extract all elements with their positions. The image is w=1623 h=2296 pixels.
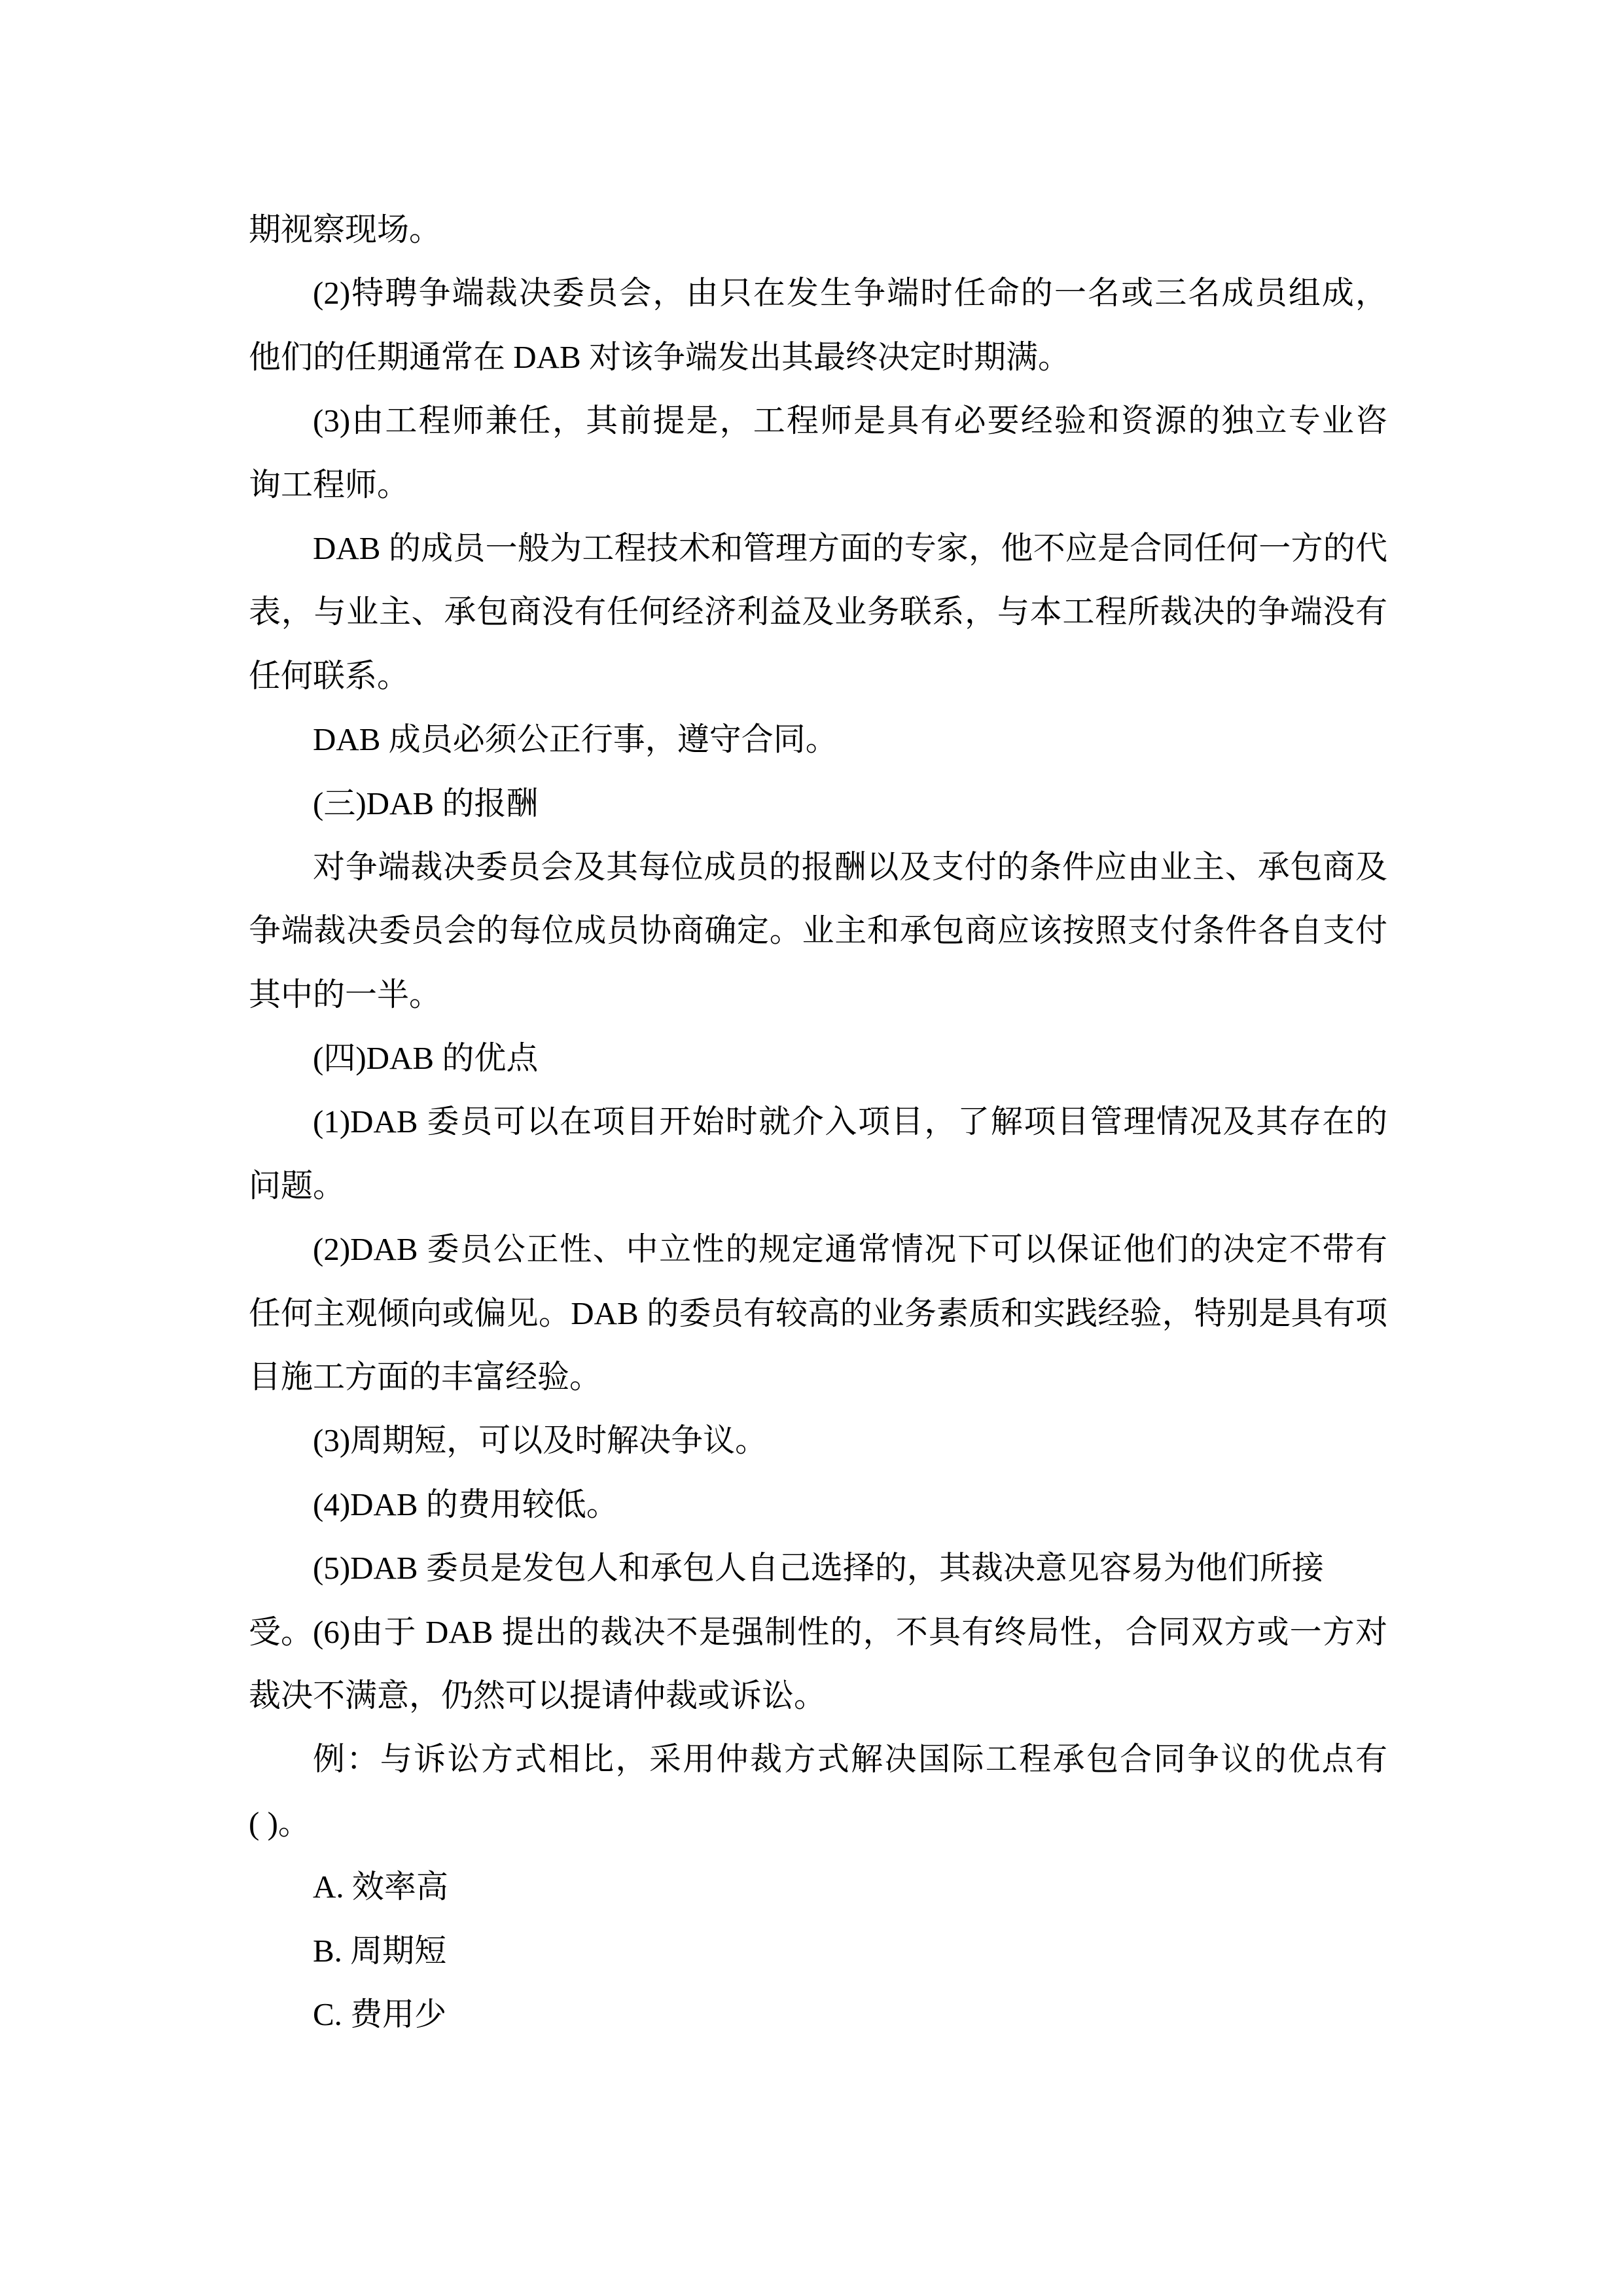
text-line: 询工程师。: [249, 453, 1387, 516]
text-line: 例：与诉讼方式相比，采用仲裁方式解决国际工程承包合同争议的优点有: [249, 1727, 1387, 1791]
text-line: (2)特聘争端裁决委员会，由只在发生争端时任命的一名或三名成员组成，: [249, 261, 1387, 325]
text-line: ( )。: [249, 1791, 1387, 1855]
text-line: 裁决不满意，仍然可以提请仲裁或诉讼。: [249, 1664, 1387, 1727]
text-line: (四)DAB 的优点: [249, 1026, 1387, 1090]
text-body: 期视察现场。(2)特聘争端裁决委员会，由只在发生争端时任命的一名或三名成员组成，…: [249, 198, 1387, 2046]
text-line: 对争端裁决委员会及其每位成员的报酬以及支付的条件应由业主、承包商及: [249, 835, 1387, 899]
text-line: (3)由工程师兼任，其前提是，工程师是具有必要经验和资源的独立专业咨: [249, 389, 1387, 452]
text-line: (3)周期短，可以及时解决争议。: [249, 1408, 1387, 1472]
text-line: (三)DAB 的报酬: [249, 772, 1387, 835]
text-line: 问题。: [249, 1154, 1387, 1217]
text-line: (6)由于 DAB 提出的裁决不是强制性的，不具有终局性，合同双方或一方对: [249, 1600, 1387, 1664]
text-line: 任何主观倾向或偏见。DAB 的委员有较高的业务素质和实践经验，特别是具有项: [249, 1282, 1387, 1345]
text-line: 目施工方面的丰富经验。: [249, 1345, 1387, 1408]
text-line: 表，与业主、承包商没有任何经济利益及业务联系，与本工程所裁决的争端没有: [249, 580, 1387, 643]
text-line: (4)DAB 的费用较低。: [249, 1473, 1387, 1536]
text-line: (5)DAB 委员是发包人和承包人自己选择的，其裁决意见容易为他们所接受。: [249, 1536, 1387, 1600]
text-line: 争端裁决委员会的每位成员协商确定。业主和承包商应该按照支付条件各自支付: [249, 899, 1387, 962]
document-page: 期视察现场。(2)特聘争端裁决委员会，由只在发生争端时任命的一名或三名成员组成，…: [0, 0, 1623, 2296]
text-line: 期视察现场。: [249, 198, 1387, 261]
text-line: DAB 成员必须公正行事，遵守合同。: [249, 708, 1387, 771]
text-line: A. 效率高: [249, 1855, 1387, 1918]
text-line: 他们的任期通常在 DAB 对该争端发出其最终决定时期满。: [249, 325, 1387, 389]
text-line: B. 周期短: [249, 1919, 1387, 1982]
text-line: (1)DAB 委员可以在项目开始时就介入项目，了解项目管理情况及其存在的: [249, 1090, 1387, 1153]
text-line: (2)DAB 委员公正性、中立性的规定通常情况下可以保证他们的决定不带有: [249, 1217, 1387, 1281]
text-line: C. 费用少: [249, 1982, 1387, 2046]
text-line: DAB 的成员一般为工程技术和管理方面的专家，他不应是合同任何一方的代: [249, 516, 1387, 580]
text-line: 其中的一半。: [249, 963, 1387, 1026]
text-line: 任何联系。: [249, 644, 1387, 708]
